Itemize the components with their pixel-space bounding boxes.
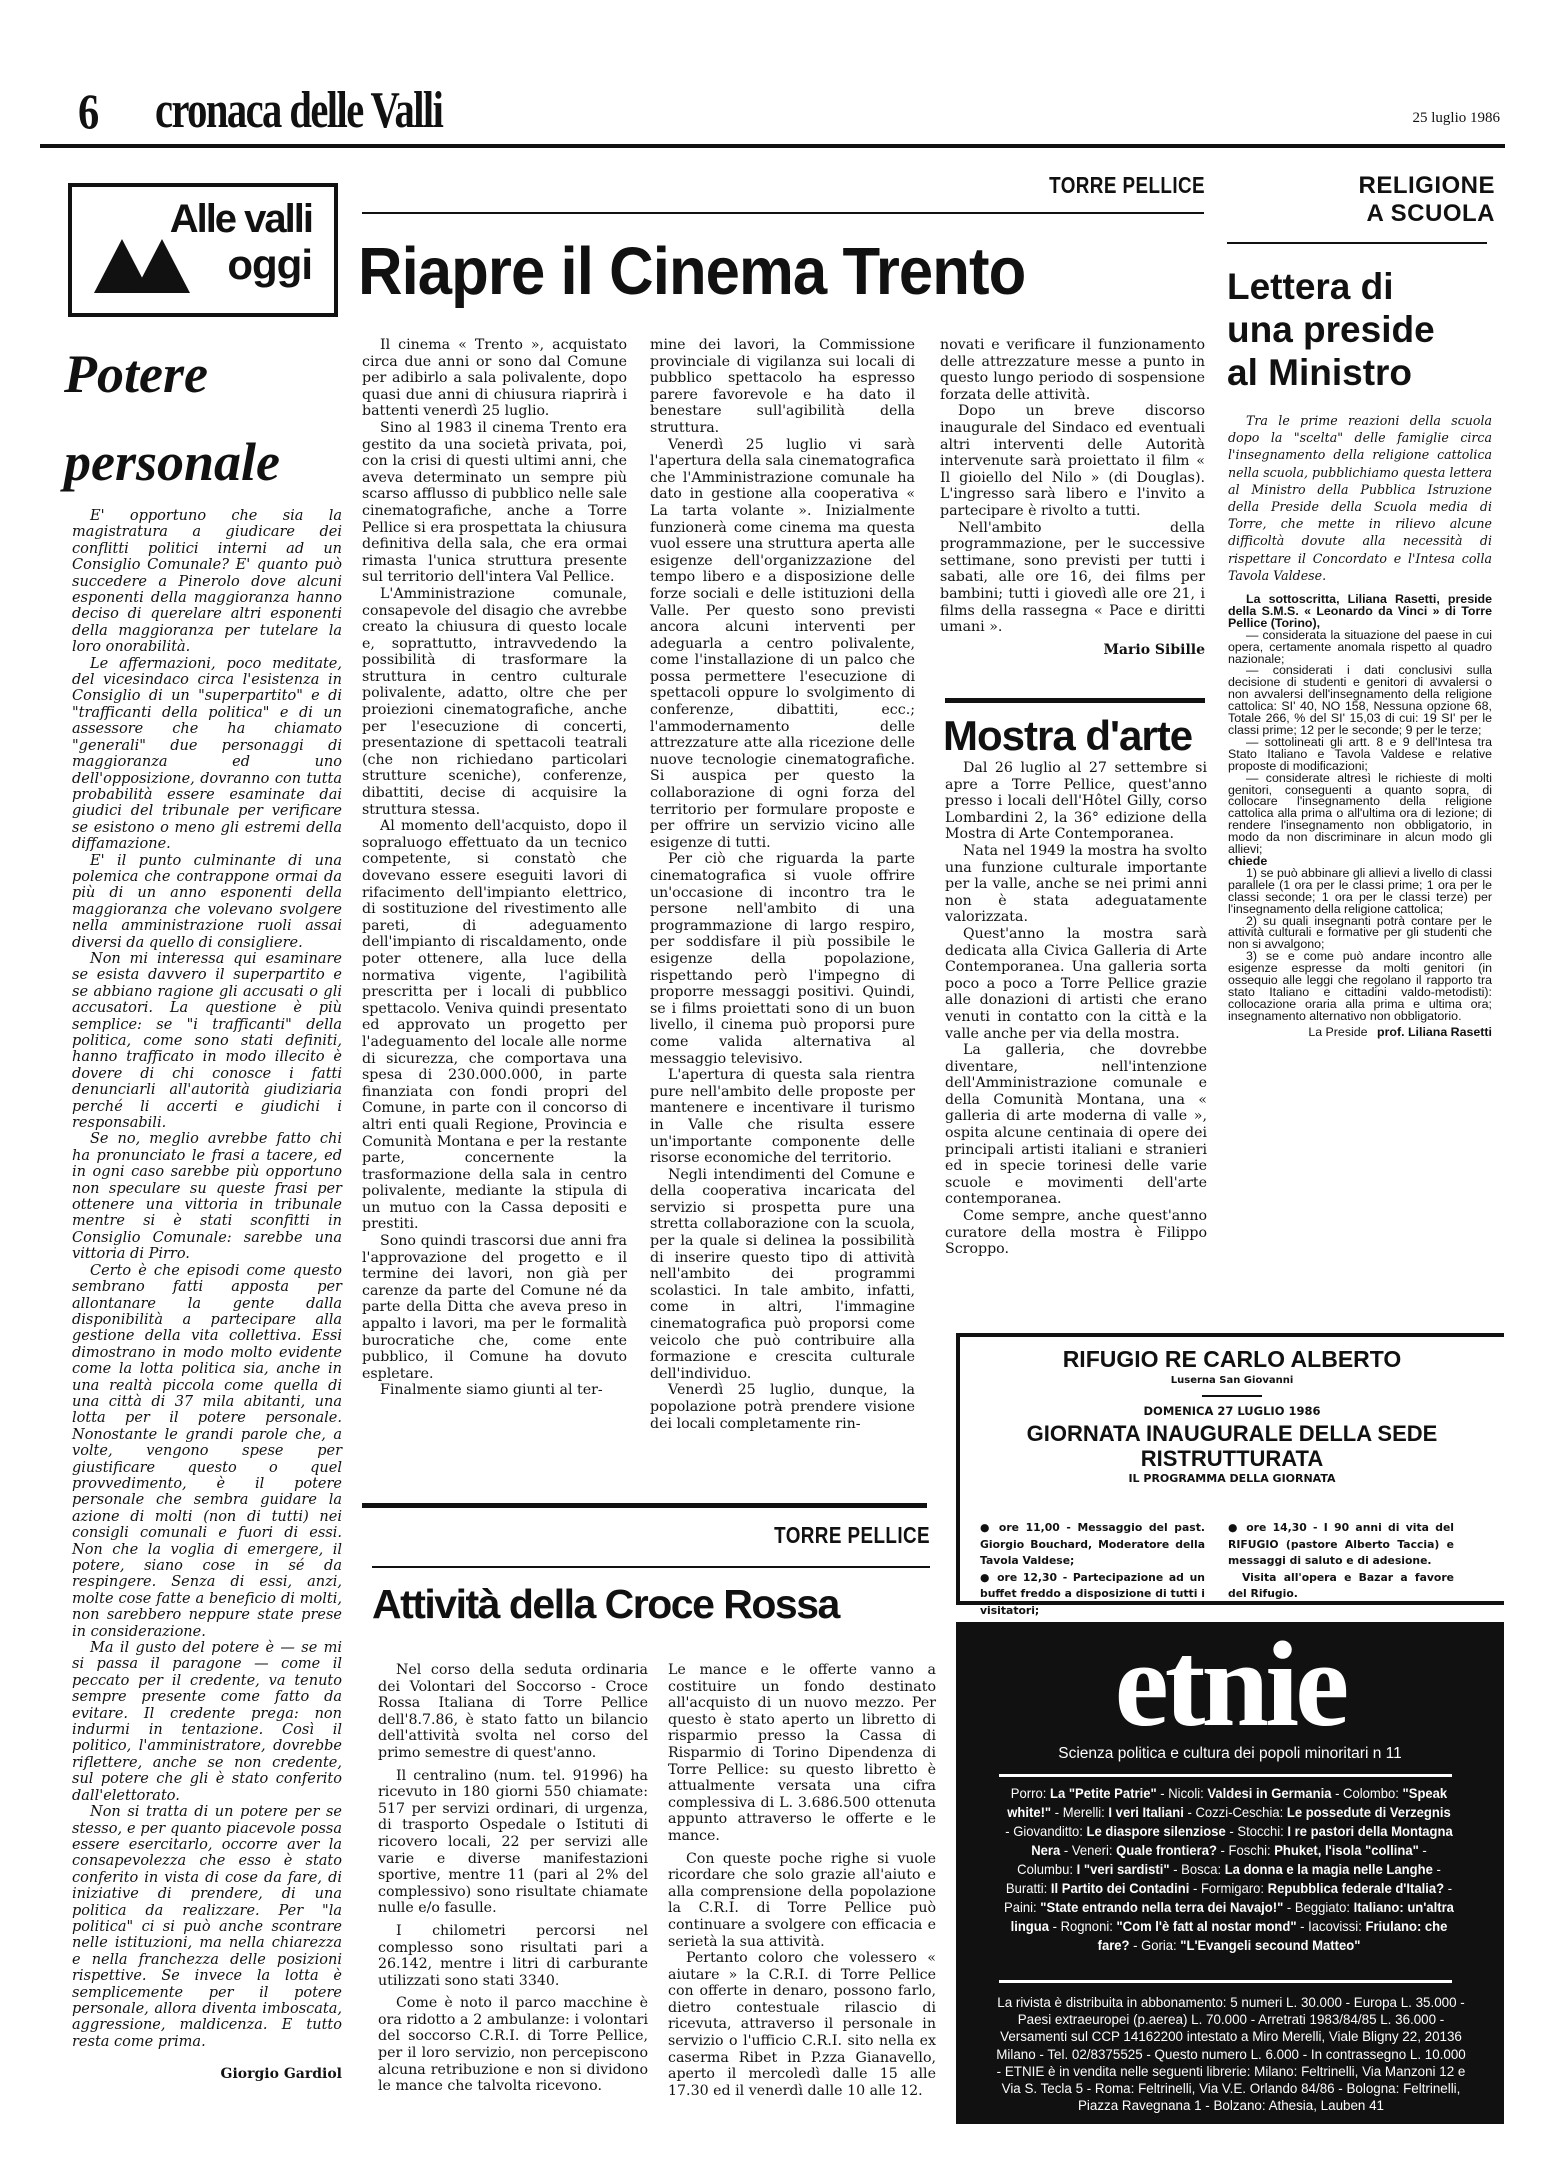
ad-program-left: ● ore 11,00 - Messaggio del past. Giorgi… (980, 1520, 1205, 1619)
croce-kicker: TORRE PELLICE (640, 1522, 930, 1549)
paragraph: L'apertura di questa sala rientra pure n… (650, 1067, 915, 1167)
ad-event-line2: RISTRUTTURATA (960, 1446, 1504, 1471)
cinema-col-2: mine dei lavori, la Commissione provinci… (650, 337, 915, 1432)
paragraph: E' opportuno che sia la magistratura a g… (72, 508, 342, 656)
paragraph: E' il punto culminante di una polemica c… (72, 853, 342, 951)
editorial-title-line2: personale (64, 432, 280, 492)
paragraph: Come sempre, anche quest'anno curatore d… (945, 1208, 1207, 1258)
letter-paragraph: — considerate altresì le richieste di mo… (1228, 773, 1492, 856)
paragraph: Al momento dell'acquisto, dopo il sopral… (362, 818, 627, 1233)
headline-line1: Lettera di (1227, 266, 1394, 307)
contents-author: Nicoli: (1168, 1786, 1207, 1801)
paragraph: La galleria, che dovrebbe diventare, nel… (945, 1042, 1207, 1208)
religione-body: Tra le prime reazioni della scuola dopo … (1228, 412, 1492, 1039)
religione-headline: Lettera di una preside al Ministro (1227, 265, 1435, 394)
paragraph: Non mi interessa qui esaminare se esista… (72, 951, 342, 1131)
program-item: ● ore 11,00 - Messaggio del past. Giorgi… (980, 1520, 1205, 1570)
paragraph: Come è noto il parco macchine è ora rido… (378, 1995, 648, 2095)
mountains-icon (94, 235, 194, 295)
column-logo-line1: Alle valli (170, 199, 312, 239)
section-rule (372, 1566, 930, 1568)
byline: Giorgio Gardiol (72, 2066, 342, 2082)
signature-prefix: La Preside (1308, 1025, 1367, 1039)
etnie-subtitle: Scienza politica e cultura dei popoli mi… (956, 1745, 1504, 1763)
ad-divider (1202, 1395, 1262, 1397)
contents-author: Paini: (1004, 1900, 1040, 1915)
headline-line2: una preside (1227, 309, 1435, 350)
ad-date: DOMENICA 27 LUGLIO 1986 (960, 1403, 1504, 1419)
headline-line3: al Ministro (1227, 352, 1412, 393)
religione-kicker: RELIGIONE A SCUOLA (1220, 172, 1495, 228)
contents-title: Quale frontiera? (1116, 1843, 1217, 1858)
paragraph: Dal 26 luglio al 27 settembre si apre a … (945, 760, 1207, 843)
mostra-body: Dal 26 luglio al 27 settembre si apre a … (945, 760, 1207, 1258)
kicker-line2: A SCUOLA (1220, 200, 1495, 228)
request-item: 3) se e come può andare incontro alle es… (1228, 951, 1492, 1022)
paragraph: Con queste poche righe si vuole ricordar… (668, 1851, 936, 1951)
intro-paragraph: Tra le prime reazioni della scuola dopo … (1228, 412, 1492, 584)
etnie-logo: etnie (956, 1630, 1504, 1740)
contents-title: Valdesi in Germania (1207, 1786, 1331, 1801)
contents-title: Phuket, l'isola "collina" (1274, 1843, 1419, 1858)
issue-date: 25 luglio 1986 (1412, 110, 1500, 127)
contents-title: La donna e la magia nelle Langhe (1225, 1862, 1433, 1877)
paragraph: L'Amministrazione comunale, consapevole … (362, 586, 627, 818)
contents-title: Il Partito dei Contadini (1051, 1881, 1189, 1896)
contents-title: I veri Italiani (1108, 1805, 1183, 1820)
cinema-kicker: TORRE PELLICE (900, 172, 1205, 199)
section-rule (945, 698, 1205, 703)
editorial-title: Potere personale (64, 330, 354, 506)
ad-etnie: etnie Scienza politica e cultura dei pop… (956, 1622, 1504, 2124)
cinema-headline: Riapre il Cinema Trento (358, 232, 1025, 312)
paragraph: mine dei lavori, la Commissione provinci… (650, 337, 915, 437)
program-item: ● ore 14,30 - I 90 anni di vita del RIFU… (1228, 1520, 1454, 1570)
byline: Mario Sibille (940, 642, 1205, 658)
ad-program-right: ● ore 14,30 - I 90 anni di vita del RIFU… (1228, 1520, 1454, 1603)
editorial-body: E' opportuno che sia la magistratura a g… (72, 508, 342, 2082)
column-logo-box: Alle valli oggi (68, 183, 338, 317)
paragraph: Ma il gusto del potere è — se mi si pass… (72, 1640, 342, 1804)
paragraph: Sino al 1983 il cinema Trento era gestit… (362, 420, 627, 586)
paragraph: Sono quindi trascorsi due anni fra l'app… (362, 1233, 627, 1382)
contents-title: La "Petite Patrie" (1050, 1786, 1157, 1801)
mostra-headline: Mostra d'arte (943, 712, 1192, 760)
contents-title: Le diaspore silenziose (1087, 1824, 1226, 1839)
paragraph: Il cinema « Trento », acquistato circa d… (362, 337, 627, 420)
program-item: Visita all'opera e Bazar a favore del Ri… (1228, 1570, 1454, 1603)
etnie-contents: Porro: La "Petite Patrie" - Nicoli: Vald… (1003, 1784, 1454, 1955)
paragraph: Nel corso della seduta ordinaria dei Vol… (378, 1662, 648, 1762)
editorial-title-line1: Potere (64, 344, 208, 404)
column-logo-line2: oggi (227, 243, 312, 287)
paragraph: Venerdì 25 luglio vi sarà l'apertura del… (650, 437, 915, 852)
etnie-subscription-info: La rivista è distribuita in abbonamento:… (996, 1994, 1466, 2114)
ad-event-line1: GIORNATA INAUGURALE DELLA SEDE (960, 1421, 1504, 1446)
ad-location: Luserna San Giovanni (960, 1373, 1504, 1389)
signature-name: prof. Liliana Rasetti (1377, 1025, 1492, 1039)
paragraph: Dopo un breve discorso inaugurale del Si… (940, 403, 1205, 519)
contents-author: Colombo: (1343, 1786, 1402, 1801)
kicker-line1: RELIGIONE (1220, 172, 1495, 200)
paragraph: Certo è che episodi come questo sembrano… (72, 1263, 342, 1640)
signature: La Preside prof. Liliana Rasetti (1228, 1025, 1492, 1039)
ad-program-label: IL PROGRAMMA DELLA GIORNATA (960, 1471, 1504, 1487)
croce-col-2: Le mance e le offerte vanno a costituire… (668, 1662, 936, 2099)
page-number: 6 (78, 82, 99, 140)
paragraph: Non si tratta di un potere per se stesso… (72, 1804, 342, 2050)
kicker-label: TORRE PELLICE (955, 172, 1205, 199)
contents-author: Iacovissi: (1308, 1919, 1365, 1934)
contents-author: Porro: (1011, 1786, 1050, 1801)
paragraph: Negli intendimenti del Comune e della co… (650, 1167, 915, 1383)
letter-paragraph: — sottolineati gli artt. 8 e 9 dell'Inte… (1228, 737, 1492, 773)
paragraph: Per ciò che riguarda la parte cinematogr… (650, 851, 915, 1067)
contents-author: Giovanditto: (1013, 1824, 1086, 1839)
paragraph: Quest'anno la mostra sarà dedicata alla … (945, 926, 1207, 1042)
contents-title: Repubblica federale d'Italia? (1268, 1881, 1444, 1896)
cinema-col-3: novati e verificare il funzionamento del… (940, 337, 1205, 658)
contents-title: "Com l'è fatt al nostar mond" (1116, 1919, 1296, 1934)
section-rule (362, 1503, 927, 1508)
ad-title: RIFUGIO RE CARLO ALBERTO (960, 1345, 1504, 1373)
contents-author: Merelli: (1063, 1805, 1109, 1820)
contents-author: Cozzi-Ceschia: (1195, 1805, 1286, 1820)
contents-author: Buratti: (1006, 1881, 1051, 1896)
request-item: 1) se può abbinare gli allievi a livello… (1228, 868, 1492, 916)
contents-author: Foschi: (1229, 1843, 1275, 1858)
paragraph: Nell'ambito della programmazione, per le… (940, 520, 1205, 636)
cinema-col-1: Il cinema « Trento », acquistato circa d… (362, 337, 627, 1399)
paragraph: Se no, meglio avrebbe fatto chi ha pronu… (72, 1131, 342, 1262)
paragraph: Il centralino (num. tel. 91996) ha ricev… (378, 1768, 648, 1917)
newspaper-title: cronaca delle Valli (155, 82, 442, 140)
paragraph: Le mance e le offerte vanno a costituire… (668, 1662, 936, 1845)
section-rule (1227, 242, 1487, 244)
paragraph: Nata nel 1949 la mostra ha svolto una fu… (945, 843, 1207, 926)
masthead: 6 cronaca delle Valli 25 luglio 1986 (20, 82, 1500, 142)
contents-author: Beggiato: (1295, 1900, 1354, 1915)
contents-title: "L'Evangeli secound Matteo" (1180, 1938, 1360, 1953)
section-rule (362, 212, 1204, 214)
paragraph: Le affermazioni, poco meditate, del vice… (72, 656, 342, 853)
letter-paragraph: — considerata la situazione del paese in… (1228, 630, 1492, 666)
kicker-label: TORRE PELLICE (692, 1522, 930, 1549)
request-item: 2) su quali insegnanti potrà contare per… (1228, 916, 1492, 952)
contents-author: Rognoni: (1061, 1919, 1117, 1934)
croce-headline: Attività della Croce Rossa (372, 1580, 839, 1628)
contents-title: Le possedute di Verzegnis (1287, 1805, 1451, 1820)
contents-author: Veneri: (1072, 1843, 1116, 1858)
contents-author: Stocchi: (1237, 1824, 1287, 1839)
letter-paragraph: — considerati i dati conclusivi sulla de… (1228, 665, 1492, 736)
contents-author: Bosca: (1181, 1862, 1225, 1877)
paragraph: novati e verificare il funzionamento del… (940, 337, 1205, 403)
contents-title: "State entrando nella terra dei Navajo!" (1040, 1900, 1283, 1915)
paragraph: Pertanto coloro che volessero « aiutare … (668, 1950, 936, 2099)
contents-author: Formigaro: (1201, 1881, 1268, 1896)
paragraph: Finalmente siamo giunti al ter- (362, 1382, 627, 1399)
paragraph: Venerdì 25 luglio, dunque, la popolazion… (650, 1382, 915, 1432)
etnie-divider (999, 1980, 1452, 1983)
contents-author: Goria: (1141, 1938, 1180, 1953)
contents-title: I "veri sardisti" (1077, 1862, 1170, 1877)
masthead-rule (40, 144, 1505, 148)
program-item: ● ore 12,30 - Partecipazione ad un buffe… (980, 1570, 1205, 1620)
croce-col-1: Nel corso della seduta ordinaria dei Vol… (378, 1662, 648, 2095)
contents-author: Columbu: (1017, 1862, 1076, 1877)
paragraph: I chilometri percorsi nel complesso sono… (378, 1923, 648, 1989)
etnie-divider (999, 1774, 1452, 1777)
ad-rifugio: RIFUGIO RE CARLO ALBERTO Luserna San Gio… (956, 1333, 1504, 1605)
letter-paragraph: La sottoscritta, Liliana Rasetti, presid… (1228, 594, 1492, 630)
